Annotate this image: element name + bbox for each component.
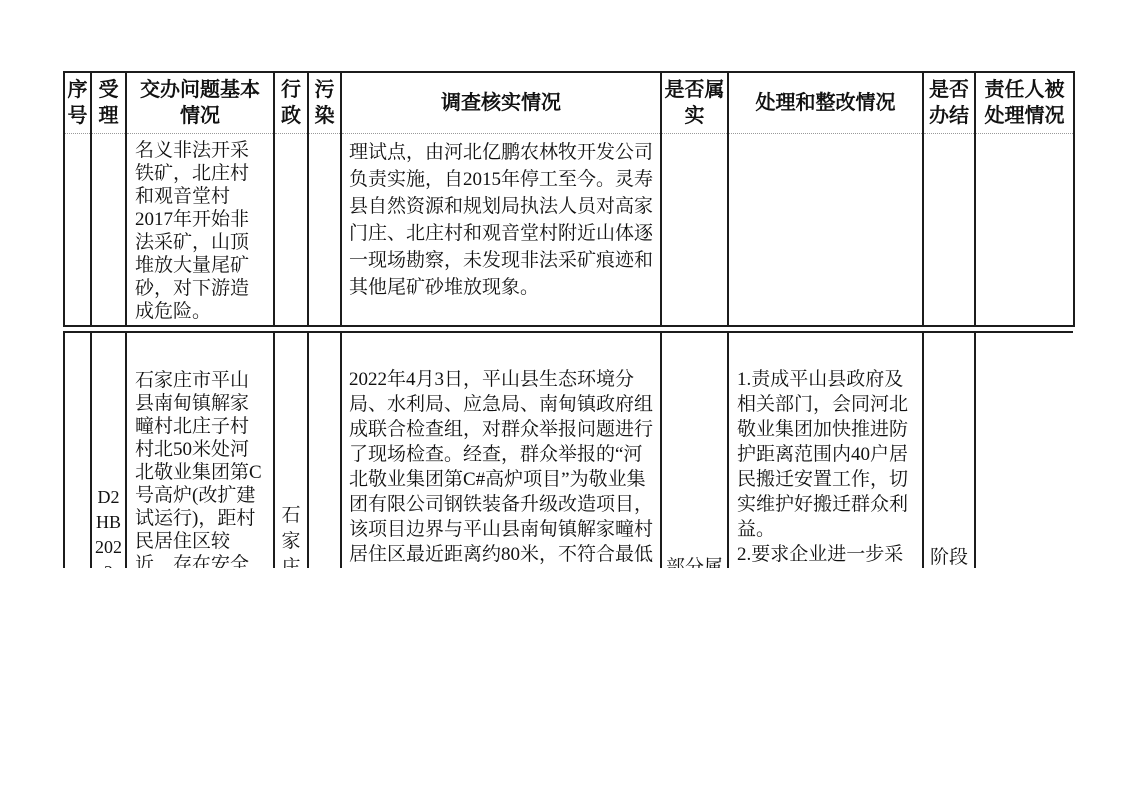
table-fragment-top: 序号 受理 交办问题基本情况 行政 污染 调查核实情况 是否属实 处理和整改情况…: [63, 71, 1075, 327]
row2-problem-cell: 石家庄市平山县南甸镇解家疃村北庄子村村北50米处河北敬业集团第C号高炉(改扩建试…: [126, 332, 274, 568]
header-responsible: 责任人被处理情况: [975, 72, 1074, 134]
header-handling: 处理和整改情况: [728, 72, 923, 134]
row2-seq-cell: [64, 332, 91, 568]
row1-concluded-cell: [923, 134, 975, 326]
header-seq: 序号: [64, 72, 91, 134]
header-is-true: 是否属实: [661, 72, 728, 134]
document-page: 序号 受理 交办问题基本情况 行政 污染 调查核实情况 是否属实 处理和整改情况…: [0, 0, 1122, 793]
complaint-table: 序号 受理 交办问题基本情况 行政 污染 调查核实情况 是否属实 处理和整改情况…: [63, 71, 1073, 568]
header-region: 行政: [274, 72, 308, 134]
table-row: 名义非法开采铁矿，北庄村和观音堂村2017年开始非法采矿，山顶堆放大量尾矿砂，对…: [64, 134, 1074, 326]
row1-handling-cell: [728, 134, 923, 326]
row2-caseno-cell: D2HB2022: [91, 332, 126, 568]
row1-problem-cell: 名义非法开采铁矿，北庄村和观音堂村2017年开始非法采矿，山顶堆放大量尾矿砂，对…: [126, 134, 274, 326]
row1-seq-cell: [64, 134, 91, 326]
row2-handling-cell: 1.责成平山县政府及相关部门，会同河北敬业集团加快推进防护距离范围内40户居民搬…: [728, 332, 923, 568]
header-pollution: 污染: [308, 72, 341, 134]
row2-region-cell: 石家庄市: [274, 332, 308, 568]
row1-region-cell: [274, 134, 308, 326]
row1-istrue-cell: [661, 134, 728, 326]
header-investigation: 调查核实情况: [341, 72, 661, 134]
row2-investigation-cell: 2022年4月3日，平山县生态环境分局、水利局、应急局、南甸镇政府组成联合检查组…: [341, 332, 661, 568]
row2-responsible-cell: [975, 332, 1073, 568]
row2-istrue-cell: 部分属实: [661, 332, 728, 568]
header-accept: 受理: [91, 72, 126, 134]
row2-pollution-cell: [308, 332, 341, 568]
row1-pollution-cell: [308, 134, 341, 326]
row2-concluded-cell: 阶段性办结: [923, 332, 975, 568]
row1-caseno-cell: [91, 134, 126, 326]
table-fragment-bottom: D2HB2022 石家庄市平山县南甸镇解家疃村北庄子村村北50米处河北敬业集团第…: [63, 331, 1073, 568]
row1-investigation-cell: 理试点，由河北亿鹏农林牧开发公司负责实施，自2015年停工至今。灵寿县自然资源和…: [341, 134, 661, 326]
row1-responsible-cell: [975, 134, 1074, 326]
table-row: D2HB2022 石家庄市平山县南甸镇解家疃村北庄子村村北50米处河北敬业集团第…: [64, 332, 1073, 568]
header-concluded: 是否办结: [923, 72, 975, 134]
header-row: 序号 受理 交办问题基本情况 行政 污染 调查核实情况 是否属实 处理和整改情况…: [64, 72, 1074, 134]
header-problem: 交办问题基本情况: [126, 72, 274, 134]
